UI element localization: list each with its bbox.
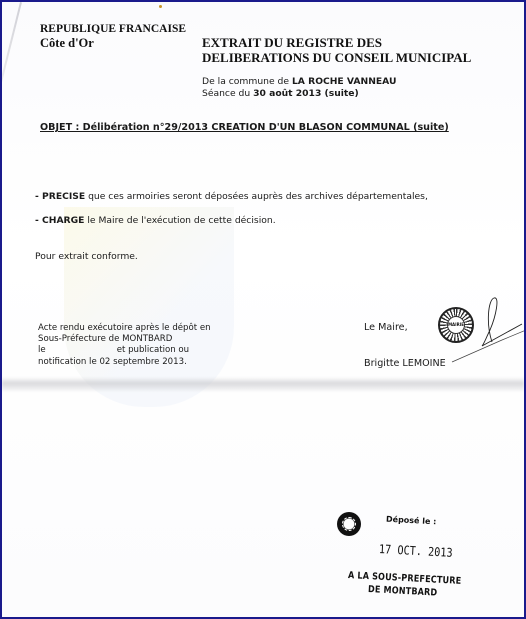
republique-heading: REPUBLIQUE FRANCAISE: [40, 23, 186, 35]
acte-line: notification le 02 septembre 2013.: [38, 357, 211, 368]
handwritten-signature-icon: [442, 294, 526, 364]
paper-fold-shadow: [2, 377, 524, 391]
extrait-title-line1: EXTRAIT DU REGISTRE DES: [202, 35, 382, 51]
ink-dot: [159, 5, 162, 8]
precise-label: - PRECISE: [35, 191, 85, 202]
commune-prefix: De la commune de: [202, 76, 292, 87]
acte-line: le et publication ou: [38, 345, 211, 356]
acte-line: Sous-Préfecture de MONTBARD: [38, 334, 211, 345]
document-frame: REPUBLIQUE FRANCAISE Côte d'Or EXTRAIT D…: [0, 0, 526, 619]
charge-paragraph: - CHARGE le Maire de l'exécution de cett…: [35, 215, 276, 226]
seance-prefix: Séance du: [202, 88, 253, 99]
precise-paragraph: - PRECISE que ces armoiries seront dépos…: [35, 191, 428, 202]
acte-line: Acte rendu exécutoire après le dépôt en: [38, 323, 211, 334]
charge-label: - CHARGE: [35, 215, 84, 226]
commune-line: De la commune de LA ROCHE VANNEAU: [202, 76, 396, 87]
extrait-title-line2: DELIBERATIONS DU CONSEIL MUNICIPAL: [202, 50, 471, 66]
acte-executoire-block: Acte rendu exécutoire après le dépôt en …: [38, 323, 211, 368]
seance-date: 30 août 2013 (suite): [253, 88, 359, 99]
seance-line: Séance du 30 août 2013 (suite): [202, 88, 359, 99]
maire-name: Brigitte LEMOINE: [364, 358, 446, 369]
objet-heading: OBJET : Délibération n°29/2013 CREATION …: [40, 122, 449, 133]
charge-text: le Maire de l'exécution de cette décisio…: [84, 215, 275, 226]
maire-title: Le Maire,: [364, 322, 408, 333]
precise-text: que ces armoiries seront déposées auprès…: [85, 191, 428, 202]
departement-heading: Côte d'Or: [40, 36, 94, 51]
pour-extrait-conforme: Pour extrait conforme.: [35, 251, 138, 262]
commune-name: LA ROCHE VANNEAU: [292, 76, 397, 87]
prefecture-stamp-seal-icon: [337, 512, 361, 536]
